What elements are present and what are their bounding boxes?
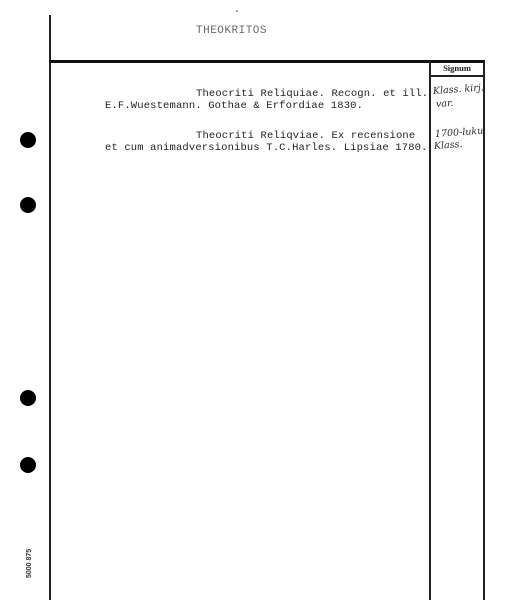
- signum-column-left-rule: [429, 61, 431, 600]
- left-margin-rule: [49, 15, 51, 600]
- entry-1-line-1: Theocriti Reliquiae. Recogn. et ill.: [196, 88, 428, 100]
- ink-speck: [236, 10, 238, 12]
- entry-2-signum-line-1: 1700-luku: [435, 126, 484, 140]
- signum-column-header: Signum: [431, 63, 483, 73]
- header-rule: [50, 60, 485, 63]
- entry-1-signum-line-1: Klass. kirj.: [433, 82, 485, 97]
- entry-1-line-2: E.F.Wuestemann. Gothae & Erfordiae 1830.: [105, 100, 363, 112]
- punch-hole-3: [20, 390, 36, 406]
- punch-hole-4: [20, 457, 36, 473]
- entry-2-line-1: Theocriti Reliqviae. Ex recensione: [196, 130, 415, 142]
- entry-2-signum-line-2: Klass.: [434, 139, 463, 152]
- signum-column-right-rule: [483, 61, 485, 600]
- signum-header-rule: [431, 75, 483, 77]
- punch-hole-2: [20, 197, 36, 213]
- entry-2-line-2: et cum animadversionibus T.C.Harles. Lip…: [105, 142, 428, 154]
- form-number: 5000 875: [26, 549, 33, 578]
- catalog-card: THEOKRITOS Signum Theocriti Reliquiae. R…: [0, 0, 517, 600]
- entry-1-signum-line-2: var.: [436, 98, 454, 110]
- punch-hole-1: [20, 132, 36, 148]
- card-heading: THEOKRITOS: [196, 25, 267, 37]
